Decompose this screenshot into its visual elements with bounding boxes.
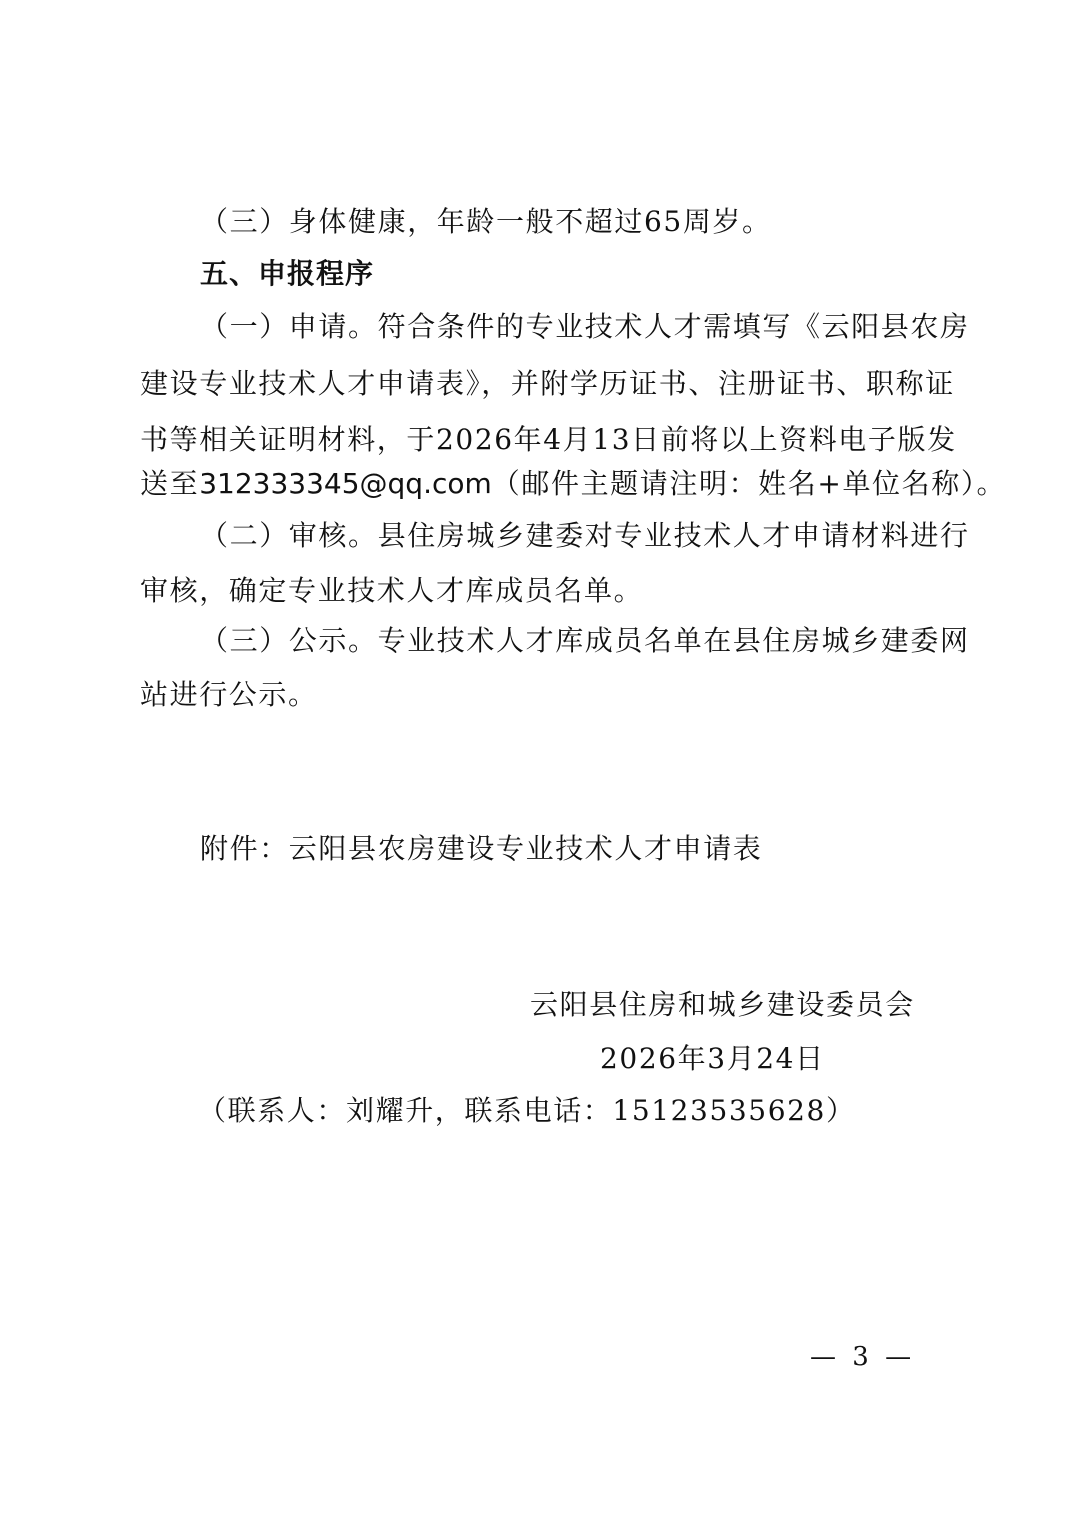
attachment-note: 附件：云阳县农房建设专业技术人才申请表 (200, 832, 940, 866)
step-apply-line-4-prefix: 送至 (140, 467, 199, 500)
step-apply-line-1: （一）申请。符合条件的专业技术人才需填写《云阳县农房 (200, 310, 940, 344)
step-publicity-line-1: （三）公示。专业技术人才库成员名单在县住房城乡建委网 (200, 624, 940, 658)
step-publicity-line-2: 站进行公示。 (140, 678, 940, 712)
step-review-line-2: 审核，确定专业技术人才库成员名单。 (140, 574, 940, 608)
step-apply-line-4: 送至312333345@qq.com（邮件主题请注明：姓名+单位名称）。 (140, 467, 940, 501)
step-apply-line-4-suffix: （邮件主题请注明：姓名+单位名称）。 (492, 467, 1006, 500)
step-review-line-1: （二）审核。县住房城乡建委对专业技术人才申请材料进行 (200, 519, 940, 553)
step-apply-line-3: 书等相关证明材料，于2026年4月13日前将以上资料电子版发 (140, 423, 940, 457)
issuing-organization: 云阳县住房和城乡建设委员会 (530, 988, 915, 1022)
submission-email: 312333345@qq.com (199, 467, 492, 500)
page-number: — 3 — (810, 1342, 915, 1372)
section-heading-application-procedure: 五、申报程序 (200, 257, 940, 291)
issue-date: 2026年3月24日 (600, 1042, 825, 1076)
contact-info: （联系人：刘耀升，联系电话：15123535628） (198, 1094, 998, 1128)
document-page: （三）身体健康，年龄一般不超过65周岁。 五、申报程序 （一）申请。符合条件的专… (0, 0, 1074, 1520)
step-apply-line-2: 建设专业技术人才申请表》，并附学历证书、注册证书、职称证 (140, 367, 940, 401)
health-requirement-item: （三）身体健康，年龄一般不超过65周岁。 (200, 205, 940, 239)
